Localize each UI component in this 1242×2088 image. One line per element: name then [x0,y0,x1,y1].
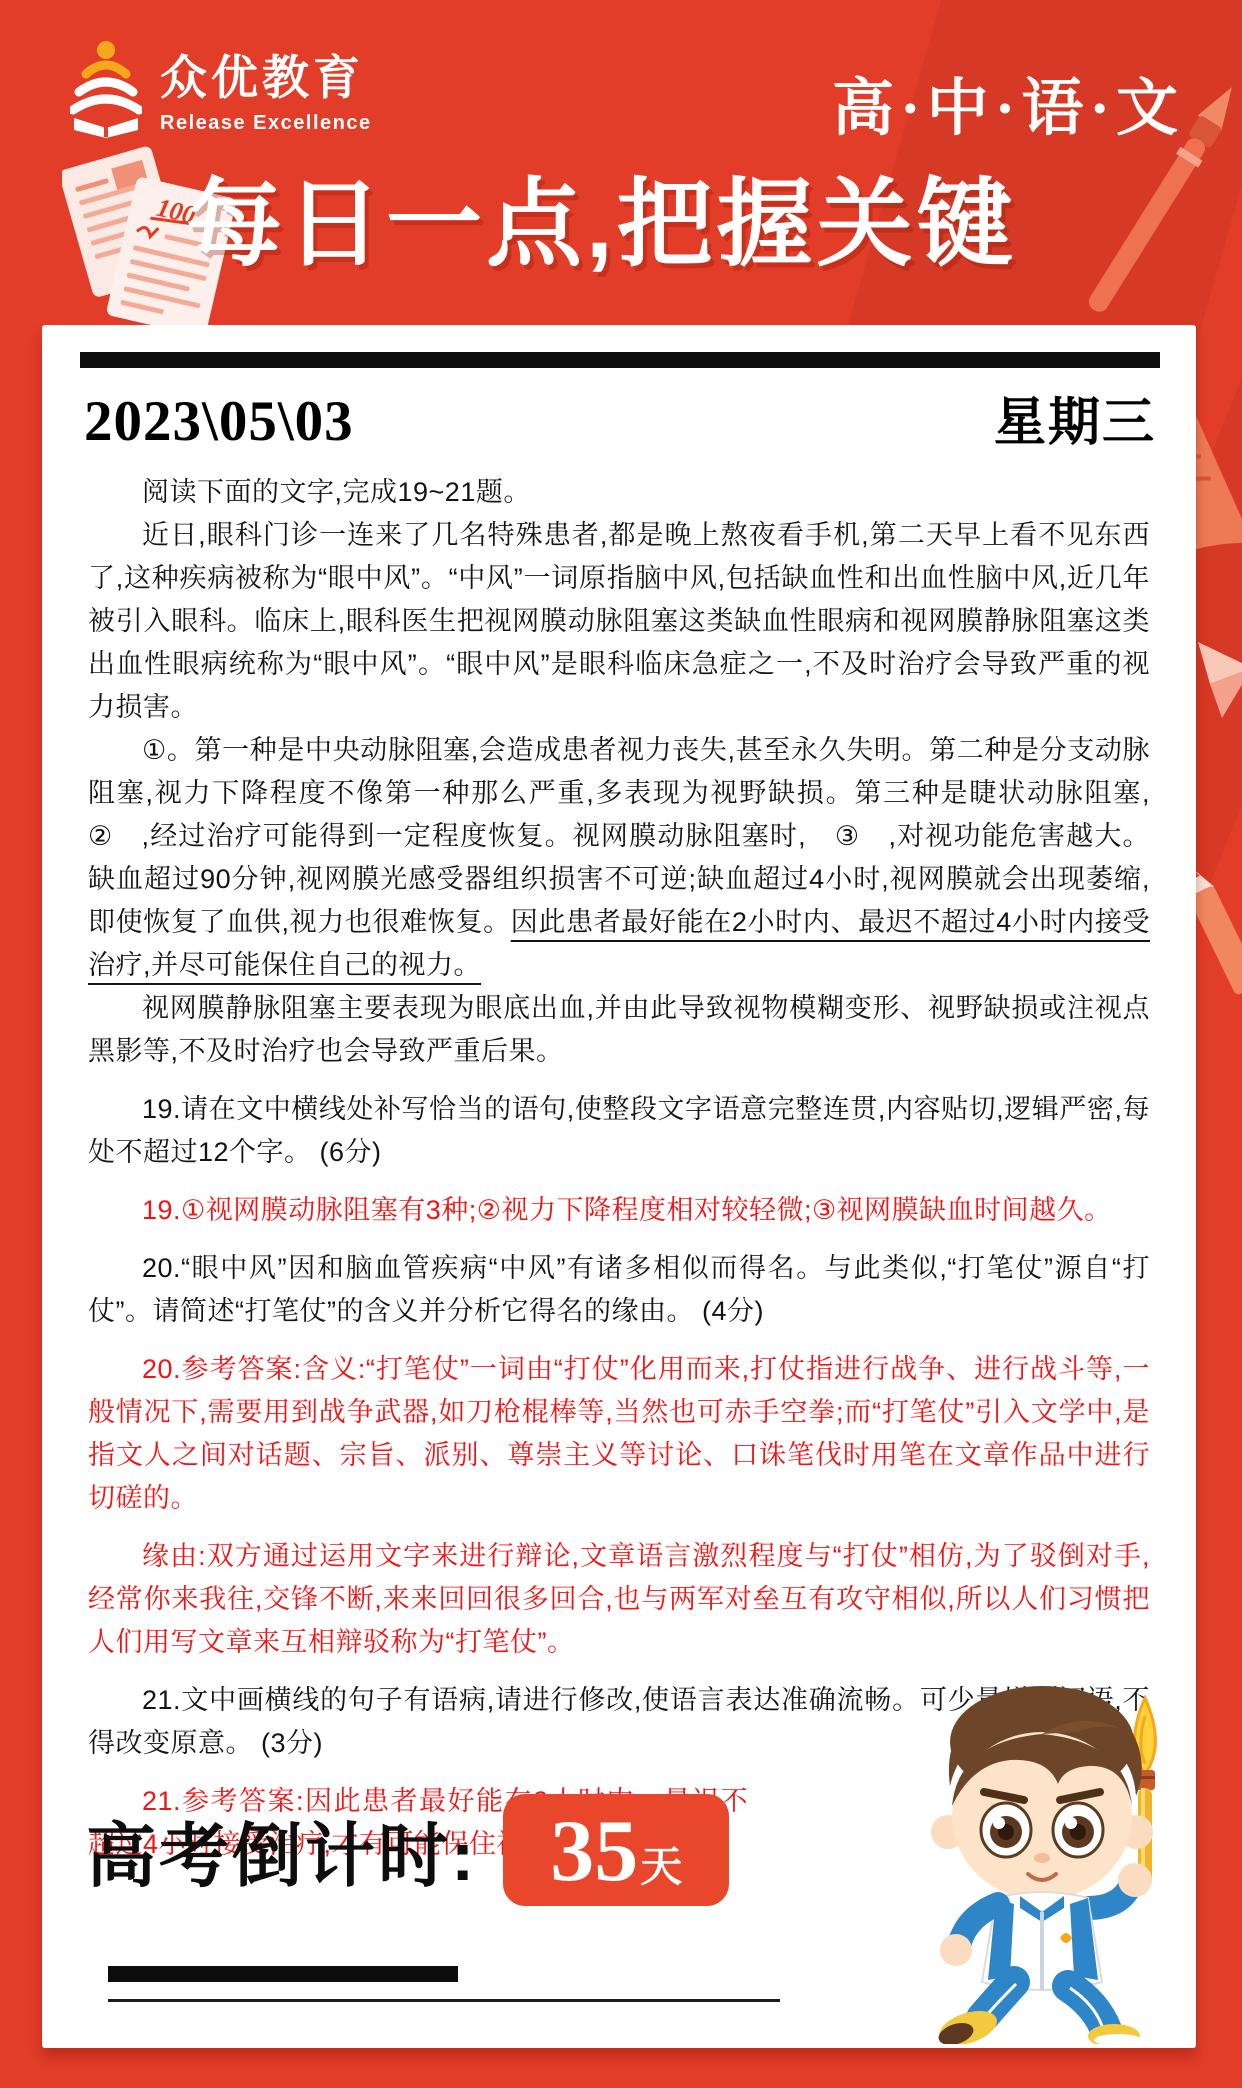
content-card: 2023\05\03 星期三 阅读下面的文字,完成19~21题。近日,眼科门诊一… [42,325,1196,2048]
text-segment: 阅读下面的文字,完成19~21题。 [142,477,531,507]
body-paragraph: 20.“眼中风”因和脑血管疾病“中风”有诸多相似而得名。与此类似,“打笔仗”源自… [88,1247,1150,1333]
body-paragraph: 19.请在文中横线处补写恰当的语句,使整段文字语意完整连贯,内容贴切,逻辑严密,… [88,1088,1150,1174]
answer-paragraph: 20.参考答案:含义:“打笔仗”一词由“打仗”化用而来,打仗指进行战争、进行战斗… [88,1348,1150,1520]
text-segment: 20.“眼中风”因和脑血管疾病“中风”有诸多相似而得名。与此类似,“打笔仗”源自… [88,1253,1150,1326]
answer-paragraph: 缘由:双方通过运用文字来进行辩论,文章语言激烈程度与“打仗”相仿,为了驳倒对手,… [88,1535,1150,1664]
countdown-unit: 天 [640,1846,682,1888]
countdown-value: 35 [550,1808,638,1896]
bottom-thick-bar [108,1966,458,1982]
top-black-bar [80,352,1160,368]
poster-slogan: 每日一点,把握关键 [186,148,1017,285]
weekday-label: 星期三 [994,380,1156,455]
body-paragraph: 阅读下面的文字,完成19~21题。 [88,471,1150,514]
countdown-days-box: 35 天 [503,1794,729,1906]
subject-title: 高·中·语·文 [832,58,1184,147]
body-paragraph: ①。第一种是中央动脉阻塞,会造成患者视力丧失,甚至永久失明。第二种是分支动脉阻塞… [88,729,1150,987]
logo-book-icon [70,38,142,138]
text-segment: 20.参考答案:含义:“打笔仗”一词由“打仗”化用而来,打仗指进行战争、进行战斗… [88,1354,1150,1513]
brand-logo: 众优教育 Release Excellence [70,38,372,138]
text-segment: 19.①视网膜动脉阻塞有3种;②视力下降程度相对较轻微;③视网膜缺血时间越久。 [142,1195,1112,1225]
answer-paragraph: 19.①视网膜动脉阻塞有3种;②视力下降程度相对较轻微;③视网膜缺血时间越久。 [88,1189,1150,1232]
body-paragraph: 视网膜静脉阻塞主要表现为眼底出血,并由此导致视物模糊变形、视野缺损或注视点黑影等… [88,987,1150,1073]
mascot-boy [892,1646,1192,2044]
body-paragraph: 近日,眼科门诊一连来了几名特殊患者,都是晚上熬夜看手机,第二天早上看不见东西了,… [88,514,1150,729]
text-segment: 视网膜静脉阻塞主要表现为眼底出血,并由此导致视物模糊变形、视野缺损或注视点黑影等… [88,993,1150,1066]
bottom-thin-rule [108,1999,780,2002]
text-segment: 缘由:双方通过运用文字来进行辩论,文章语言激烈程度与“打仗”相仿,为了驳倒对手,… [88,1541,1150,1657]
paper-plane-icon [1192,632,1242,728]
text-segment: 19.请在文中横线处补写恰当的语句,使整段文字语意完整连贯,内容贴切,逻辑严密,… [88,1094,1150,1167]
countdown-label: 高考倒计时: [86,1800,477,1901]
gaokao-countdown: 高考倒计时: 35 天 [86,1794,729,1906]
poster-page: 众优教育 Release Excellence 高·中·语·文 100 [0,0,1242,2088]
brand-name: 众优教育 [160,41,372,108]
brush-icon [1134,1698,1155,1888]
date-label: 2023\05\03 [84,389,354,454]
text-segment: 近日,眼科门诊一连来了几名特殊患者,都是晚上熬夜看手机,第二天早上看不见东西了,… [88,520,1150,722]
